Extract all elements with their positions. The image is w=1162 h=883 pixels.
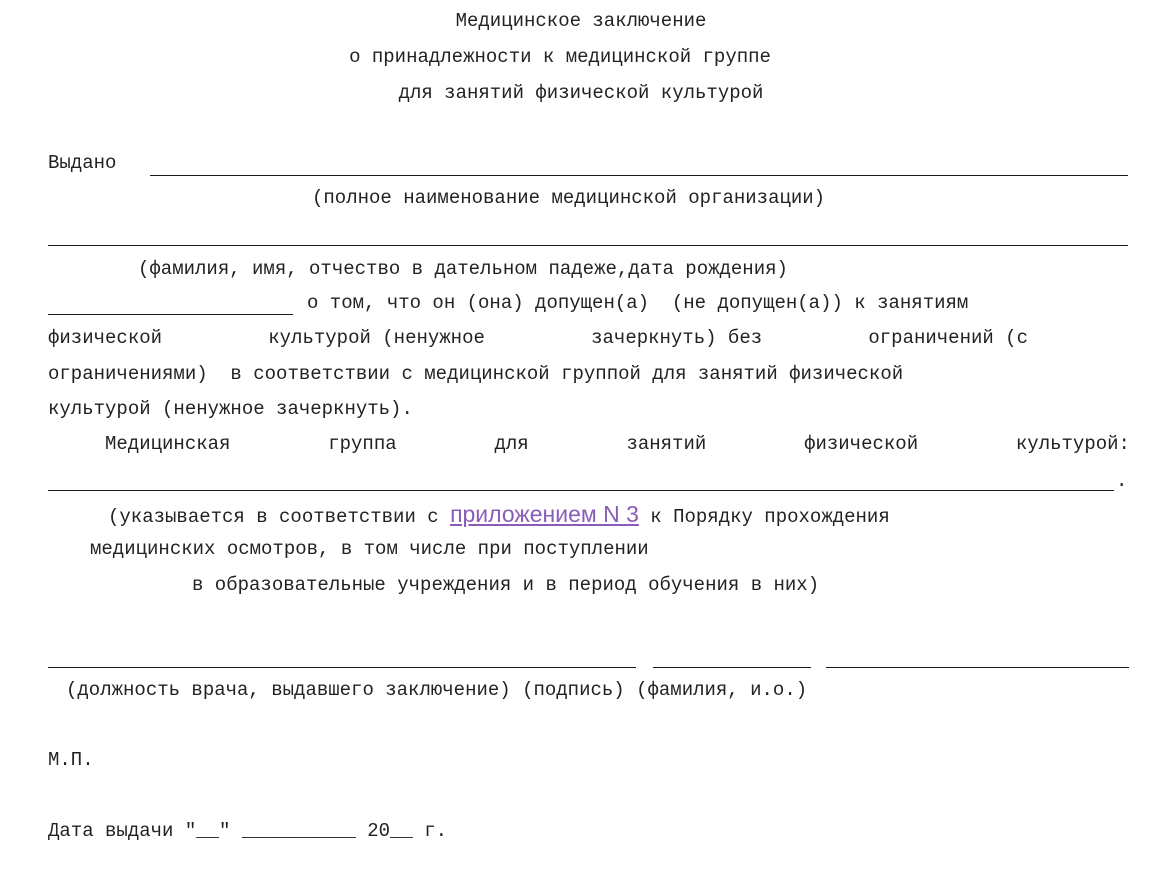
word: занятий [626,433,706,455]
note-suffix: к Порядку прохождения [639,506,890,528]
word: физической [804,433,918,455]
note-line-1: (указывается в соответствии с приложение… [108,503,890,528]
note-line-2: медицинских осмотров, в том числе при по… [90,538,649,560]
doctor-name-field[interactable] [826,667,1129,668]
word: для [494,433,528,455]
organization-caption: (полное наименование медицинской организ… [312,187,825,209]
note-prefix: (указывается в соответствии с [108,506,450,528]
stamp-label: М.П. [48,749,94,771]
person-caption: (фамилия, имя, отчество в дательном паде… [138,258,788,280]
admission-text: о том, что он (она) допущен(а) (не допущ… [307,292,968,314]
title-line-1: Медицинское заключение [0,10,1162,32]
word: зачеркнуть) без [591,327,762,349]
birthdate-field[interactable] [48,314,293,315]
doctor-position-field[interactable] [48,667,636,668]
issue-date[interactable]: Дата выдачи "__" __________ 20__ г. [48,820,447,842]
word: культурой (ненужное [268,327,485,349]
word: культурой: [1016,433,1130,455]
group-line: Медицинская группа для занятий физическо… [105,433,1130,455]
appendix-3-link[interactable]: приложением N 3 [450,501,639,527]
note-line-3: в образовательные учреждения и в период … [192,574,819,596]
word: Медицинская [105,433,230,455]
title-line-3: для занятий физической культурой [0,82,1162,104]
body-line-2: физической культурой (ненужное зачеркнут… [48,327,1028,349]
signature-field[interactable] [653,667,811,668]
issued-label: Выдано [48,152,116,174]
signature-caption: (должность врача, выдавшего заключение) … [66,679,807,701]
group-line-period: . [1116,470,1127,492]
body-line-4: культурой (ненужное зачеркнуть). [48,398,413,420]
word: физической [48,327,162,349]
word: группа [328,433,396,455]
body-line-3: ограничениями) в соответствии с медицинс… [48,363,903,385]
word: ограничений (с [868,327,1028,349]
medical-group-field[interactable] [48,490,1114,491]
organization-field[interactable] [150,175,1128,176]
person-name-field[interactable] [48,245,1128,246]
title-line-2: о принадлежности к медицинской группе [0,46,1120,68]
